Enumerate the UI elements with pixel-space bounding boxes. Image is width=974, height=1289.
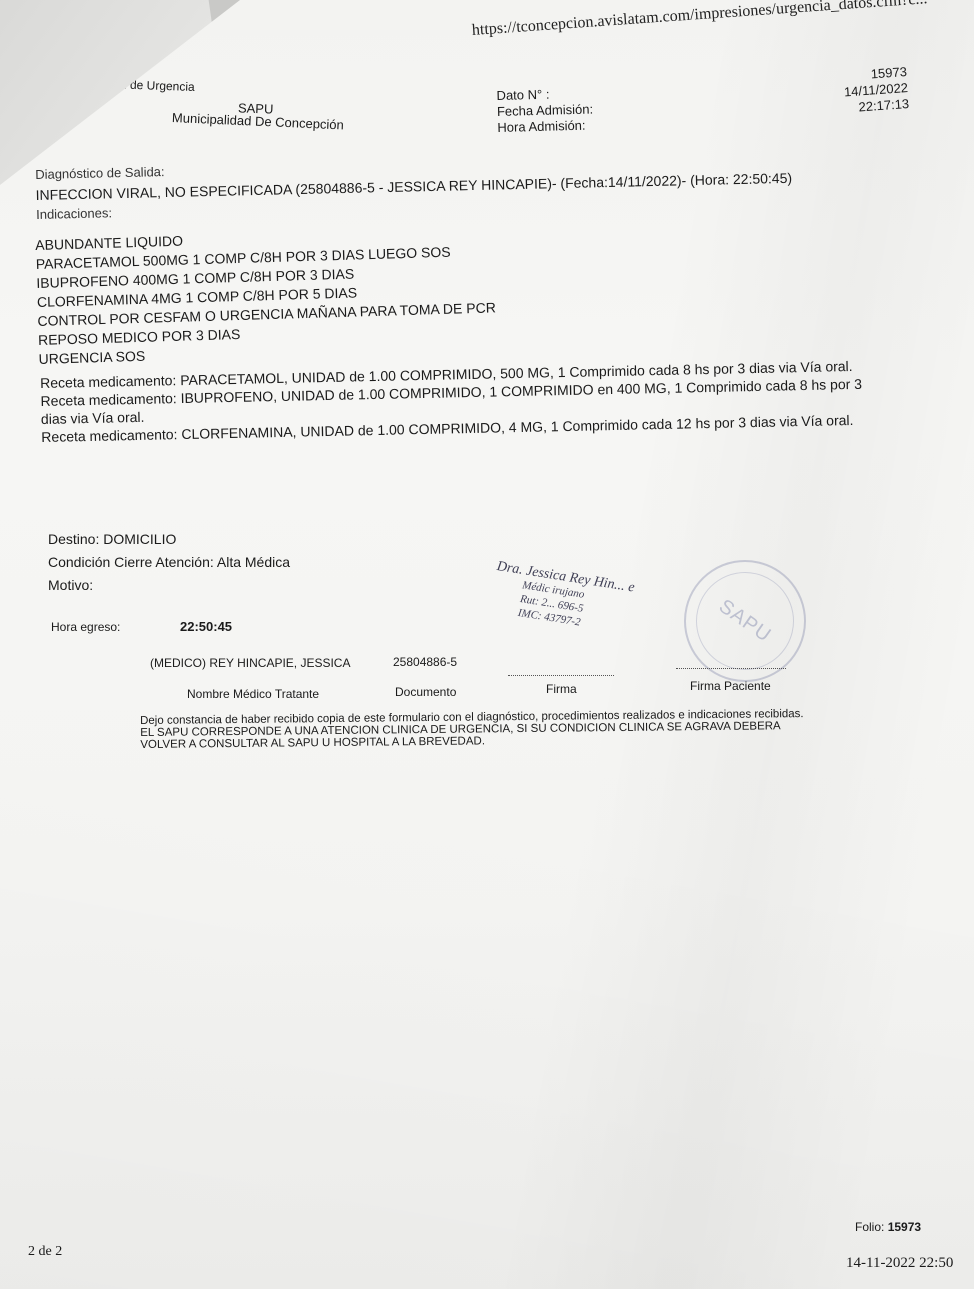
admission-labels: Dato N° : Fecha Admisión: Hora Admisión:	[496, 85, 593, 135]
folio-value: 15973	[888, 1220, 921, 1234]
doctor-stamp: Dra. Jessica Rey Hin... e Médic irujano …	[489, 560, 635, 637]
label-firma-paciente: Firma Paciente	[690, 679, 771, 693]
org-subtitle: Municipalidad De Concepción	[172, 110, 344, 132]
closure-section: Destino: DOMICILIO Condición Cierre Aten…	[48, 528, 290, 597]
label-firma: Firma	[546, 682, 577, 696]
folio-label: Folio:	[855, 1220, 888, 1234]
admission-values: 15973 14/11/2022 22:17:13	[835, 64, 910, 117]
label-documento: Documento	[395, 685, 456, 699]
browser-url-print: https://tconcepcion.avislatam.com/impres…	[471, 0, 928, 40]
diagnosis-section: Diagnóstico de Salida: INFECCION VIRAL, …	[35, 148, 793, 225]
prescriptions-section: Receta medicamento: PARACETAMOL, UNIDAD …	[40, 356, 891, 446]
seal-text: SAPU	[714, 595, 775, 647]
hora-admision-label: Hora Admisión:	[497, 117, 593, 136]
label-nombre-medico: Nombre Médico Tratante	[187, 687, 319, 701]
folio: Folio: 15973	[855, 1220, 921, 1234]
destino: Destino: DOMICILIO	[48, 528, 290, 551]
hora-egreso-value: 22:50:45	[180, 619, 232, 634]
legal-notice: Dejo constancia de haber recibido copia …	[140, 708, 820, 751]
medico-document: 25804886-5	[393, 655, 457, 669]
hora-egreso-label: Hora egreso:	[51, 620, 120, 634]
motivo: Motivo:	[48, 574, 290, 597]
print-timestamp: 14-11-2022 22:50	[846, 1255, 953, 1272]
printed-document: https://tconcepcion.avislatam.com/impres…	[0, 0, 974, 1289]
patient-signature-line	[676, 668, 786, 669]
condicion-cierre: Condición Cierre Atención: Alta Médica	[48, 551, 290, 574]
signature-line	[508, 675, 614, 676]
indications-list: ABUNDANTE LIQUIDO PARACETAMOL 500MG 1 CO…	[35, 222, 497, 369]
page-number: 2 de 2	[28, 1244, 62, 1260]
medico-name: (MEDICO) REY HINCAPIE, JESSICA	[150, 656, 350, 670]
